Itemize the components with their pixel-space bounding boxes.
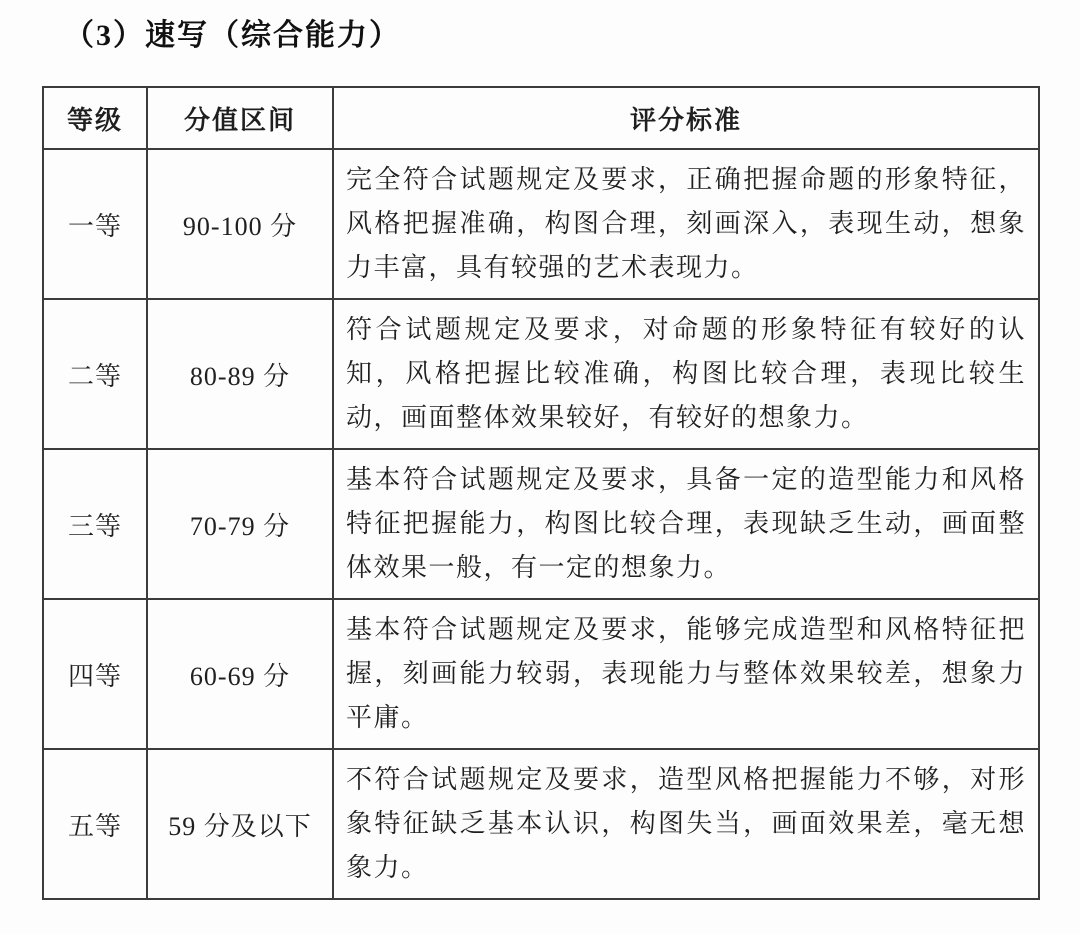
table-row: 一等 90-100 分 完全符合试题规定及要求，正确把握命题的形象特征，风格把握… — [43, 149, 1039, 299]
header-score-range: 分值区间 — [147, 87, 333, 149]
criteria-cell: 基本符合试题规定及要求，具备一定的造型能力和风格特征把握能力，构图比较合理，表现… — [333, 449, 1039, 599]
table-row: 四等 60-69 分 基本符合试题规定及要求，能够完成造型和风格特征把握，刻画能… — [43, 599, 1039, 749]
table-row: 二等 80-89 分 符合试题规定及要求，对命题的形象特征有较好的认知，风格把握… — [43, 299, 1039, 449]
score-range-cell: 90-100 分 — [147, 149, 333, 299]
grade-cell: 一等 — [43, 149, 147, 299]
criteria-cell: 符合试题规定及要求，对命题的形象特征有较好的认知，风格把握比较准确，构图比较合理… — [333, 299, 1039, 449]
score-range-cell: 80-89 分 — [147, 299, 333, 449]
criteria-cell: 完全符合试题规定及要求，正确把握命题的形象特征，风格把握准确，构图合理，刻画深入… — [333, 149, 1039, 299]
criteria-cell: 基本符合试题规定及要求，能够完成造型和风格特征把握，刻画能力较弱，表现能力与整体… — [333, 599, 1039, 749]
grading-rubric-table: 等级 分值区间 评分标准 一等 90-100 分 完全符合试题规定及要求，正确把… — [42, 86, 1040, 900]
header-grade: 等级 — [43, 87, 147, 149]
header-row: 等级 分值区间 评分标准 — [43, 87, 1039, 149]
document-page: （3）速写（综合能力） 等级 分值区间 评分标准 一等 90-100 分 完全符… — [0, 0, 1080, 934]
grade-cell: 二等 — [43, 299, 147, 449]
table-row: 五等 59 分及以下 不符合试题规定及要求，造型风格把握能力不够，对形象特征缺乏… — [43, 749, 1039, 899]
score-range-cell: 70-79 分 — [147, 449, 333, 599]
score-range-cell: 60-69 分 — [147, 599, 333, 749]
header-criteria: 评分标准 — [333, 87, 1039, 149]
grade-cell: 三等 — [43, 449, 147, 599]
table-row: 三等 70-79 分 基本符合试题规定及要求，具备一定的造型能力和风格特征把握能… — [43, 449, 1039, 599]
rubric-table-body: 一等 90-100 分 完全符合试题规定及要求，正确把握命题的形象特征，风格把握… — [43, 149, 1039, 899]
score-range-cell: 59 分及以下 — [147, 749, 333, 899]
grade-cell: 五等 — [43, 749, 147, 899]
criteria-cell: 不符合试题规定及要求，造型风格把握能力不够，对形象特征缺乏基本认识，构图失当，画… — [333, 749, 1039, 899]
grade-cell: 四等 — [43, 599, 147, 749]
page-title: （3）速写（综合能力） — [0, 0, 1080, 54]
table-header: 等级 分值区间 评分标准 — [43, 87, 1039, 149]
